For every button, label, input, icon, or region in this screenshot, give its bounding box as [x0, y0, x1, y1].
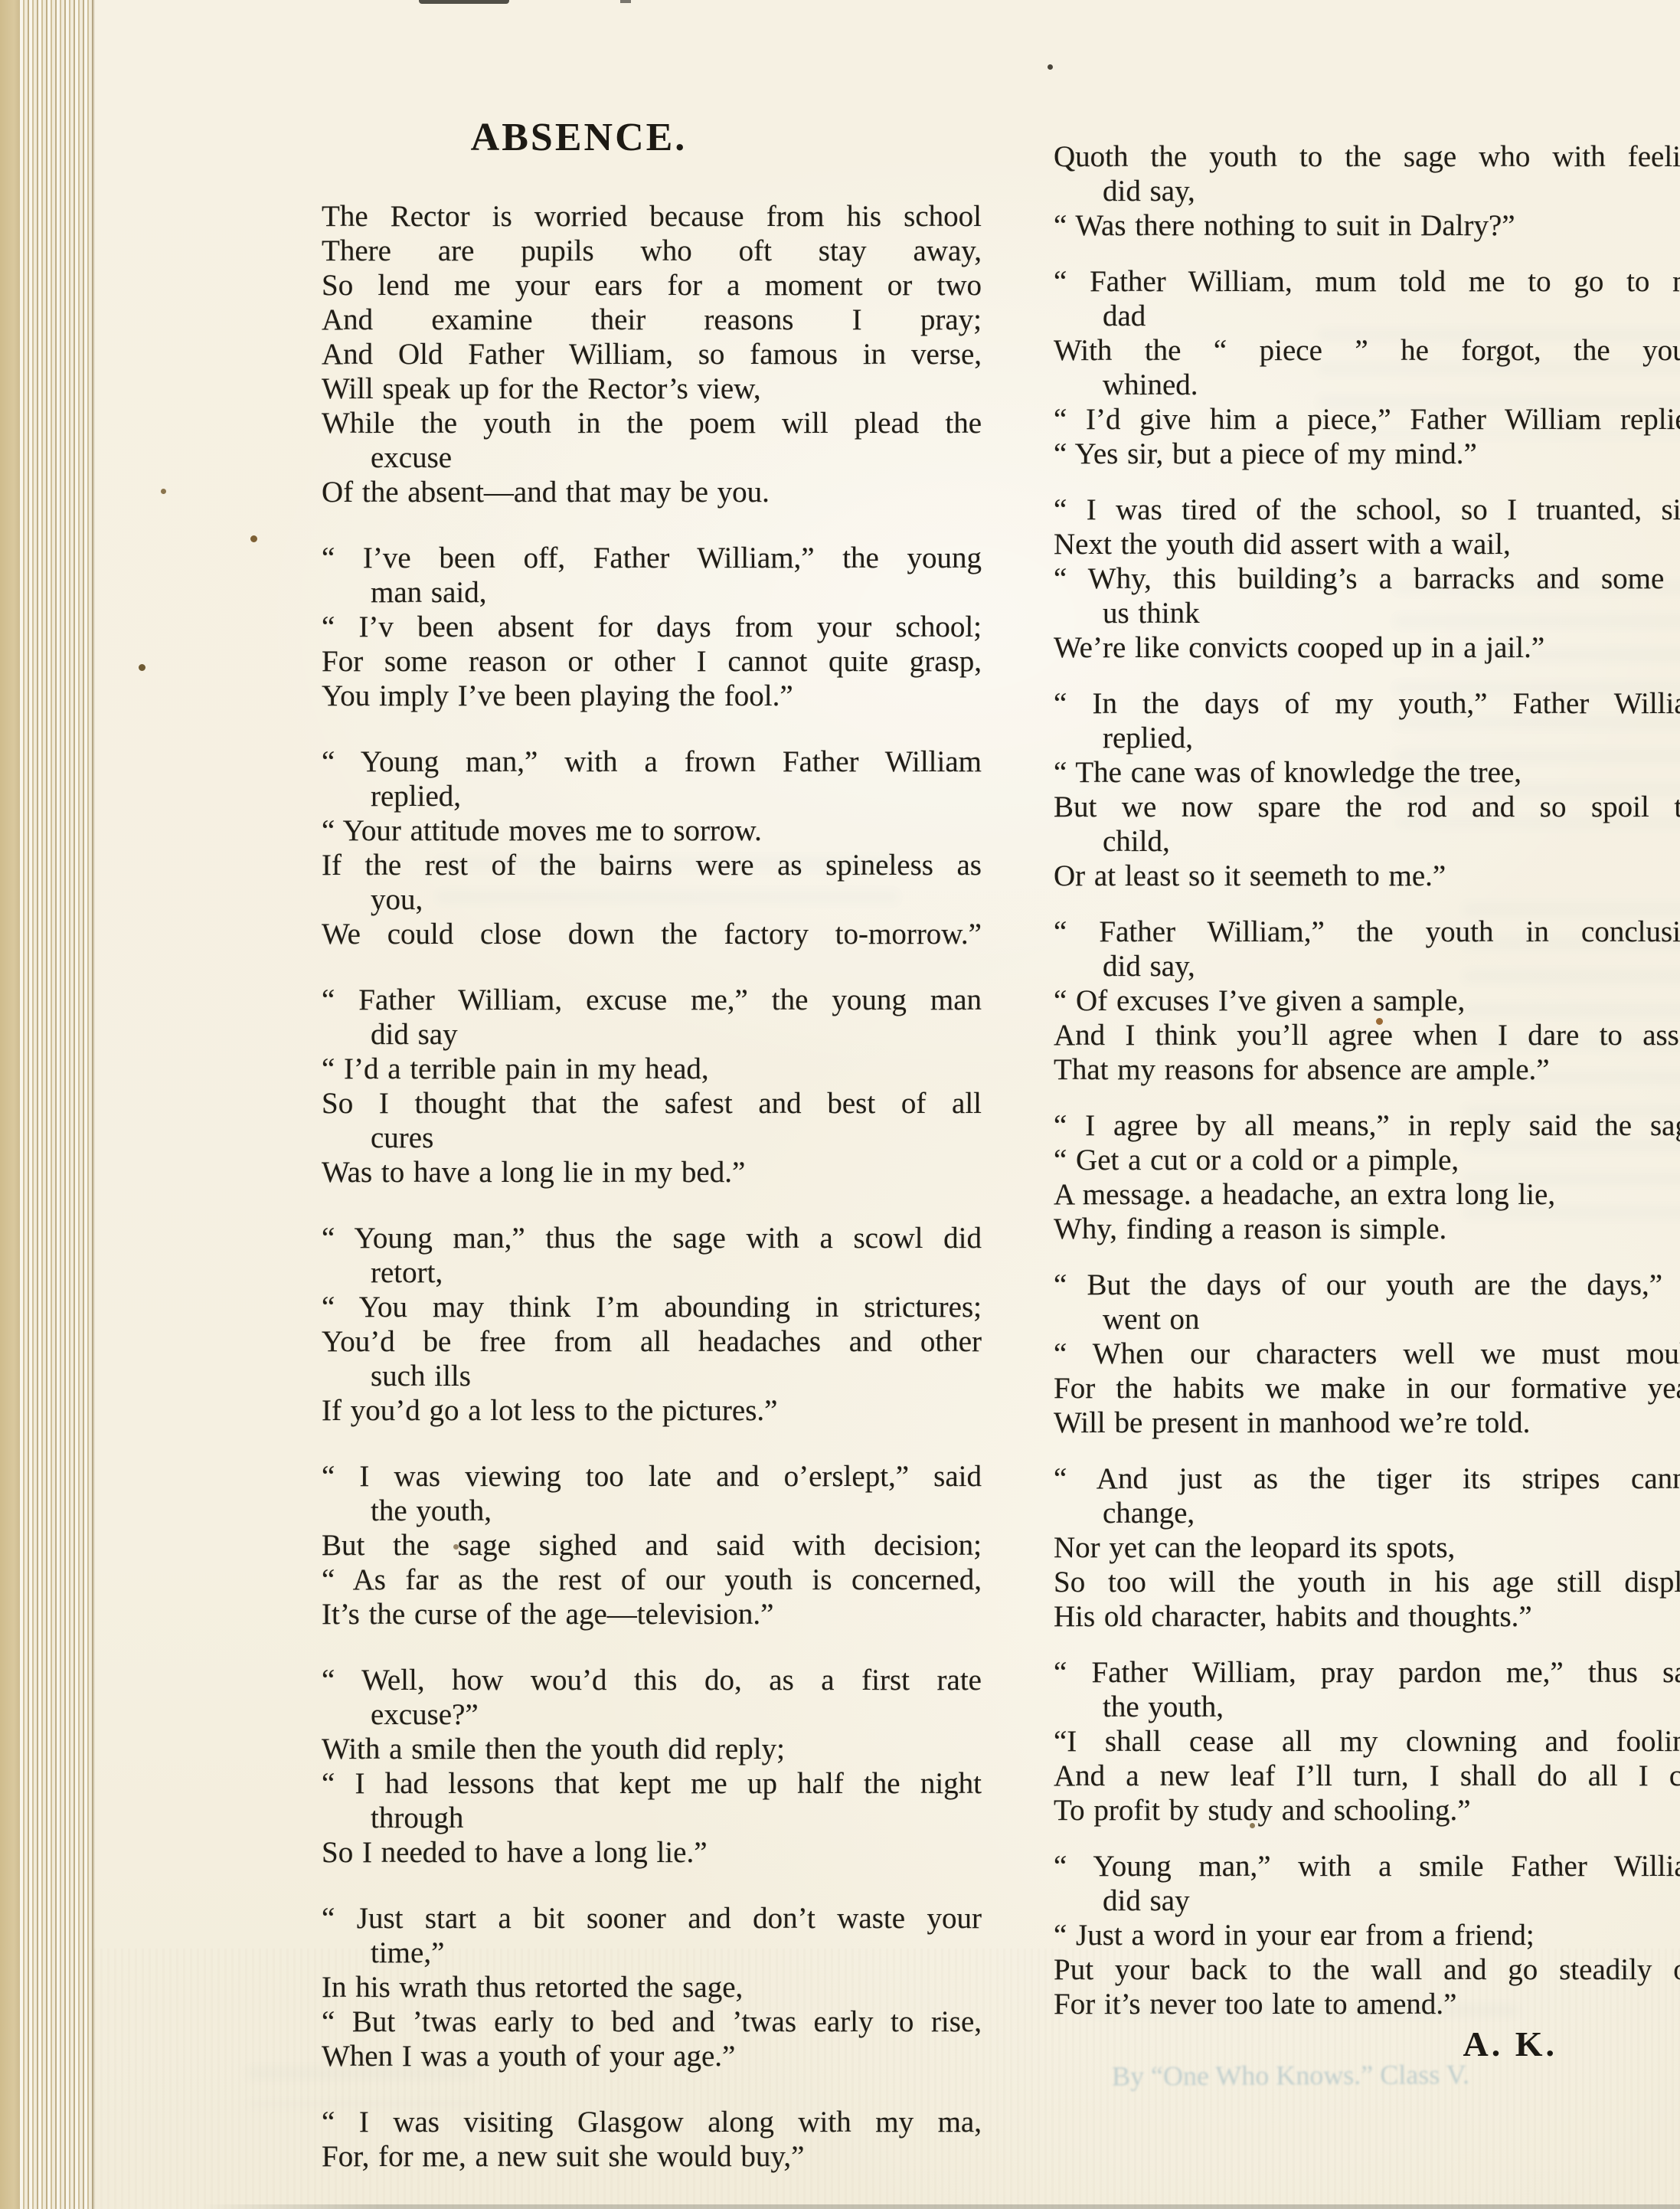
poem-line: But we now spare the rod and so spoil th…: [1054, 790, 1680, 824]
poem-line: did say,: [1054, 949, 1680, 983]
stanza: “ I’ve been off, Father William,” the yo…: [322, 541, 982, 713]
stanza: Quoth the youth to the sage who with fee…: [1054, 139, 1680, 243]
poem-line: We could close down the factory to-morro…: [322, 917, 982, 951]
stanza: “ Young man,” with a smile Father Willia…: [1054, 1849, 1680, 2021]
poem-line: “ I was visiting Glasgow along with my m…: [322, 2105, 982, 2139]
poem-line: you,: [322, 882, 982, 917]
poem-line: But the sage sighed and said with decisi…: [322, 1528, 982, 1563]
poem-line: “ Father William, mum told me to go to m…: [1054, 264, 1680, 299]
poem-line: We’re like convicts cooped up in a jail.…: [1054, 630, 1680, 665]
poem-line: “I shall cease all my clowning and fooli…: [1054, 1724, 1680, 1759]
poem-line: the youth,: [1054, 1690, 1680, 1724]
poem-line: did say: [322, 1017, 982, 1052]
stanza: “ In the days of my youth,” Father Willi…: [1054, 686, 1680, 893]
binding-gutter: [0, 0, 20, 2209]
poem-line: “ I’v been absent for days from your sch…: [322, 610, 982, 644]
magazine-page: ABSENCE. The Rector is worried because f…: [93, 0, 1680, 2209]
scan-edge-line: [201, 2204, 1680, 2209]
poem-line: time,”: [322, 1936, 982, 1970]
poem-line: retort,: [322, 1255, 982, 1290]
stanza: “ But the days of our youth are the days…: [1054, 1268, 1680, 1440]
poem-line: “ But ’twas early to bed and ’twas early…: [322, 2004, 982, 2039]
poem-line: If the rest of the bairns were as spinel…: [322, 848, 982, 882]
poem-line: So too will the youth in his age still d…: [1054, 1565, 1680, 1599]
poem-line: For, for me, a new suit she would buy,”: [322, 2139, 982, 2174]
poem-line: “ Young man,” thus the sage with a scowl…: [322, 1221, 982, 1255]
stanza: “ Father William, excuse me,” the young …: [322, 983, 982, 1190]
poem-line: “ Just start a bit sooner and don’t wast…: [322, 1901, 982, 1936]
stanza: “ Father William,” the youth in conclusi…: [1054, 915, 1680, 1087]
poem-line: “ Father William, excuse me,” the young …: [322, 983, 982, 1017]
poem-line: When I was a youth of your age.”: [322, 2039, 982, 2073]
poem-line: replied,: [322, 779, 982, 813]
poem-line: “ Young man,” with a frown Father Willia…: [322, 745, 982, 779]
scanned-page: ABSENCE. The Rector is worried because f…: [0, 0, 1680, 2209]
poem-line: Put your back to the wall and go steadil…: [1054, 1952, 1680, 1987]
poem-line: went on: [1054, 1302, 1680, 1337]
ghost-bleedthrough-text: By “One Who Knows.” Class V.: [1112, 2057, 1602, 2092]
poem-line: So I thought that the safest and best of…: [322, 1086, 982, 1121]
stanza: “ I was tired of the school, so I truant…: [1054, 493, 1680, 665]
poem-line: “ As far as the rest of our youth is con…: [322, 1563, 982, 1597]
poem-line: “ The cane was of knowledge the tree,: [1054, 755, 1680, 790]
poem-line: excuse: [322, 440, 982, 475]
poem-line: “ Well, how wou’d this do, as a first ra…: [322, 1663, 982, 1697]
stanza: “ Father William, mum told me to go to m…: [1054, 264, 1680, 471]
stanza: “ I was visiting Glasgow along with my m…: [322, 2105, 982, 2174]
poem-line: “ And just as the tiger its stripes cann…: [1054, 1461, 1680, 1496]
poem-line: “ Your attitude moves me to sorrow.: [322, 813, 982, 848]
poem-line: “ Of excuses I’ve given a sample,: [1054, 983, 1680, 1018]
poem-line: With the “ piece ” he forgot, the youth: [1054, 333, 1680, 368]
right-column: Quoth the youth to the sage who with fee…: [1054, 139, 1680, 2043]
poem-line: It’s the curse of the age—television.”: [322, 1597, 982, 1631]
poem-line: man said,: [322, 575, 982, 610]
scan-edge-mark: [419, 0, 509, 4]
poem-line: child,: [1054, 824, 1680, 859]
poem-line: “ But the days of our youth are the days…: [1054, 1268, 1680, 1302]
poem-line: dad: [1054, 299, 1680, 333]
scan-edge-mark-small: [620, 0, 631, 3]
poem-line: whined.: [1054, 368, 1680, 402]
poem-line: “ I had lessons that kept me up half the…: [322, 1766, 982, 1801]
poem-line: “ I’ve been off, Father William,” the yo…: [322, 541, 982, 575]
poem-line: And Old Father William, so famous in ver…: [322, 337, 982, 371]
poem-line: A message. a headache, an extra long lie…: [1054, 1177, 1680, 1212]
poem-line: Or at least so it seemeth to me.”: [1054, 859, 1680, 893]
poem-line: If you’d go a lot less to the pictures.”: [322, 1393, 982, 1428]
poem-line: And examine their reasons I pray;: [322, 303, 982, 337]
stanza: “ Well, how wou’d this do, as a first ra…: [322, 1663, 982, 1870]
poem-line: “ Why, this building’s a barracks and so…: [1054, 561, 1680, 596]
poem-line: “ I agree by all means,” in reply said t…: [1054, 1108, 1680, 1143]
book-binding-edge: [0, 0, 93, 2209]
page-edge-stripes: [20, 0, 92, 2209]
stanza: The Rector is worried because from his s…: [322, 199, 982, 509]
poem-line: Was to have a long lie in my bed.”: [322, 1155, 982, 1190]
poem-line: To profit by study and schooling.”: [1054, 1793, 1680, 1828]
poem-line: did say,: [1054, 174, 1680, 208]
left-column: The Rector is worried because from his s…: [322, 199, 982, 2205]
poem-line: “ You may think I’m abounding in strictu…: [322, 1290, 982, 1324]
poem-line: “ I was viewing too late and o’erslept,”…: [322, 1459, 982, 1494]
poem-line: So lend me your ears for a moment or two: [322, 268, 982, 303]
poem-line: “ Get a cut or a cold or a pimple,: [1054, 1143, 1680, 1177]
page-edge-shadow: [92, 0, 95, 2209]
stanza: “ Father William, pray pardon me,” thus …: [1054, 1655, 1680, 1828]
poem-title: ABSENCE.: [249, 115, 909, 160]
poem-line: So I needed to have a long lie.”: [322, 1835, 982, 1870]
poem-line: Quoth the youth to the sage who with fee…: [1054, 139, 1680, 174]
poem-line: And I think you’ll agree when I dare to …: [1054, 1018, 1680, 1052]
poem-line: such ills: [322, 1359, 982, 1393]
poem-line: With a smile then the youth did reply;: [322, 1732, 982, 1766]
poem-line: There are pupils who oft stay away,: [322, 234, 982, 268]
poem-line: That my reasons for absence are ample.”: [1054, 1052, 1680, 1087]
poem-line: His old character, habits and thoughts.”: [1054, 1599, 1680, 1634]
poem-line: Of the absent—and that may be you.: [322, 475, 982, 509]
poem-line: For the habits we make in our formative …: [1054, 1371, 1680, 1406]
poem-line: “ Just a word in your ear from a friend;: [1054, 1918, 1680, 1952]
stanza: “ Young man,” thus the sage with a scowl…: [322, 1221, 982, 1428]
poem-line: “ I’d a terrible pain in my head,: [322, 1052, 982, 1086]
poem-line: Nor yet can the leopard its spots,: [1054, 1530, 1680, 1565]
poem-line: “ When our characters well we must mould…: [1054, 1337, 1680, 1371]
poem-line: And a new leaf I’ll turn, I shall do all…: [1054, 1759, 1680, 1793]
poem-line: change,: [1054, 1496, 1680, 1530]
poem-line: “ In the days of my youth,” Father Willi…: [1054, 686, 1680, 721]
stanza: “ Young man,” with a frown Father Willia…: [322, 745, 982, 951]
poem-line: The Rector is worried because from his s…: [322, 199, 982, 234]
stanza: “ And just as the tiger its stripes cann…: [1054, 1461, 1680, 1634]
poem-line: us think: [1054, 596, 1680, 630]
poem-line: “ Father William, pray pardon me,” thus …: [1054, 1655, 1680, 1690]
poem-line: the youth,: [322, 1494, 982, 1528]
poem-line: did say: [1054, 1883, 1680, 1918]
poem-line: “ Was there nothing to suit in Dalry?”: [1054, 208, 1680, 243]
poem-line: You imply I’ve been playing the fool.”: [322, 679, 982, 713]
poem-line: Will be present in manhood we’re told.: [1054, 1406, 1680, 1440]
poem-line: Will speak up for the Rector’s view,: [322, 371, 982, 406]
poem-line: “ I’d give him a piece,” Father William …: [1054, 402, 1680, 437]
poem-line: cures: [322, 1121, 982, 1155]
poem-line: In his wrath thus retorted the sage,: [322, 1970, 982, 2004]
poem-line: excuse?”: [322, 1697, 982, 1732]
poem-line: Next the youth did assert with a wail,: [1054, 527, 1680, 561]
poem-line: replied,: [1054, 721, 1680, 755]
stanza: “ I agree by all means,” in reply said t…: [1054, 1108, 1680, 1246]
poem-line: While the youth in the poem will plead t…: [322, 406, 982, 440]
poem-line: “ Father William,” the youth in conclusi…: [1054, 915, 1680, 949]
stanza: “ Just start a bit sooner and don’t wast…: [322, 1901, 982, 2073]
poem-line: “ I was tired of the school, so I truant…: [1054, 493, 1680, 527]
poem-line: For it’s never too late to amend.”: [1054, 1987, 1680, 2021]
poem-line: “ Young man,” with a smile Father Willia…: [1054, 1849, 1680, 1883]
poem-line: “ Yes sir, but a piece of my mind.”: [1054, 437, 1680, 471]
poem-line: through: [322, 1801, 982, 1835]
poem-line: For some reason or other I cannot quite …: [322, 644, 982, 679]
poem-line: You’d be free from all headaches and oth…: [322, 1324, 982, 1359]
stanza: “ I was viewing too late and o’erslept,”…: [322, 1459, 982, 1631]
poem-line: Why, finding a reason is simple.: [1054, 1212, 1680, 1246]
